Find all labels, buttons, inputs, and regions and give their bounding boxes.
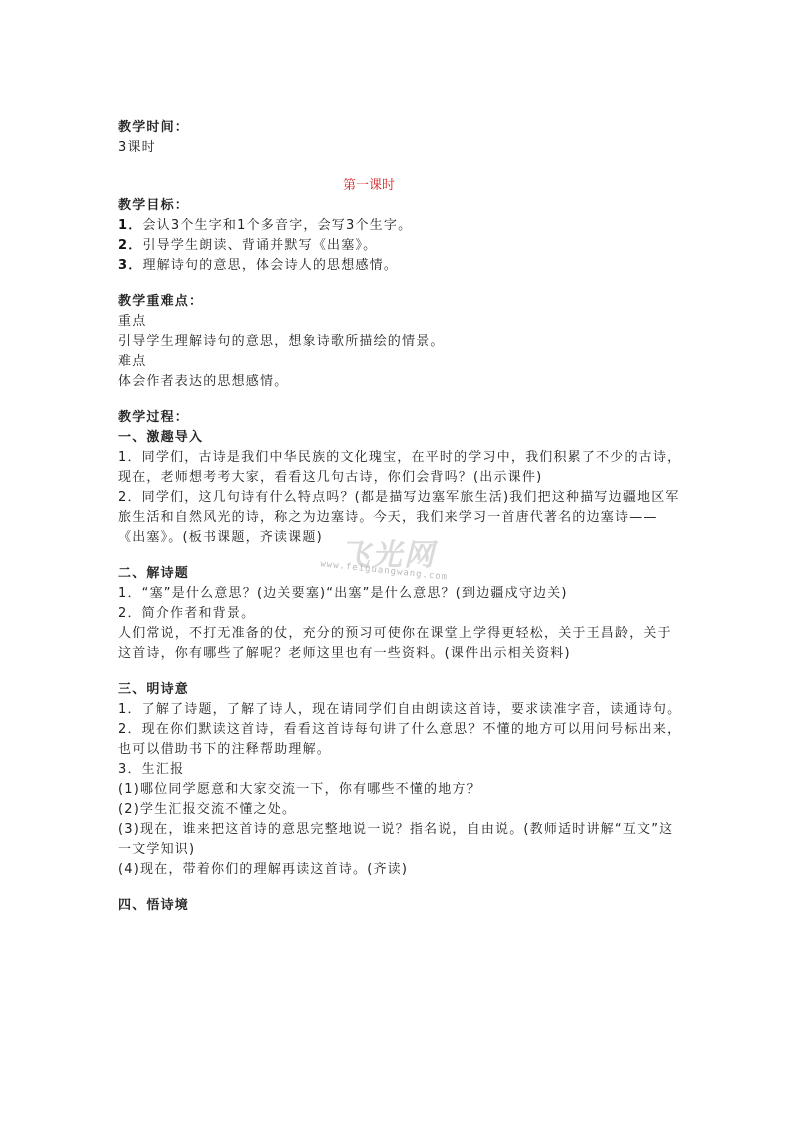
difficult-text: 体会作者表达的思想感情。 xyxy=(118,372,683,392)
process-heading: 教学过程： xyxy=(118,408,683,428)
paragraph: (4)现在，带着你们的理解再读这首诗。(齐读) xyxy=(118,860,683,880)
section-title: 三、明诗意 xyxy=(118,680,683,700)
key-label: 重点 xyxy=(118,312,683,332)
section-title: 四、悟诗境 xyxy=(118,896,683,916)
section-title: 一、激趣导入 xyxy=(118,428,683,448)
paragraph: 1．同学们，古诗是我们中华民族的文化瑰宝，在平时的学习中，我们积累了不少的古诗，… xyxy=(118,448,683,488)
paragraph: (1)哪位同学愿意和大家交流一下，你有哪些不懂的地方？ xyxy=(118,780,683,800)
paragraph: 2．简介作者和背景。 xyxy=(118,604,683,624)
paragraph: 人们常说，不打无准备的仗，充分的预习可使你在课堂上学得更轻松，关于王昌龄，关于这… xyxy=(118,624,683,664)
objective-item: 2．引导学生朗读、背诵并默写《出塞》。 xyxy=(118,236,683,256)
paragraph: (2)学生汇报交流不懂之处。 xyxy=(118,800,683,820)
key-points-heading: 教学重难点： xyxy=(118,292,683,312)
document-page: 教学时间： 3课时 第一课时 教学目标： 1．会认3个生字和1个多音字，会写3个… xyxy=(118,118,683,916)
time-value: 3课时 xyxy=(118,138,683,158)
paragraph: (3)现在，谁来把这首诗的意思完整地说一说？指名说，自由说。(教师适时讲解“互文… xyxy=(118,820,683,860)
lesson-title: 第一课时 xyxy=(118,176,683,196)
paragraph: 2．现在你们默读这首诗，看看这首诗每句讲了什么意思？不懂的地方可以用问号标出来，… xyxy=(118,720,683,760)
paragraph: 3．生汇报 xyxy=(118,760,683,780)
paragraph: 1．了解了诗题，了解了诗人，现在请同学们自由朗读这首诗，要求读准字音，读通诗句。 xyxy=(118,700,683,720)
key-text: 引导学生理解诗句的意思，想象诗歌所描绘的情景。 xyxy=(118,332,683,352)
objectives-heading: 教学目标： xyxy=(118,196,683,216)
paragraph: 1．“塞”是什么意思？(边关要塞)“出塞”是什么意思？(到边疆戍守边关) xyxy=(118,584,683,604)
section-title: 二、解诗题 xyxy=(118,564,683,584)
objective-item: 1．会认3个生字和1个多音字，会写3个生字。 xyxy=(118,216,683,236)
difficult-label: 难点 xyxy=(118,352,683,372)
time-heading: 教学时间： xyxy=(118,118,683,138)
objective-item: 3．理解诗句的意思，体会诗人的思想感情。 xyxy=(118,256,683,276)
paragraph: 2．同学们，这几句诗有什么特点吗？(都是描写边塞军旅生活)我们把这种描写边疆地区… xyxy=(118,488,683,548)
